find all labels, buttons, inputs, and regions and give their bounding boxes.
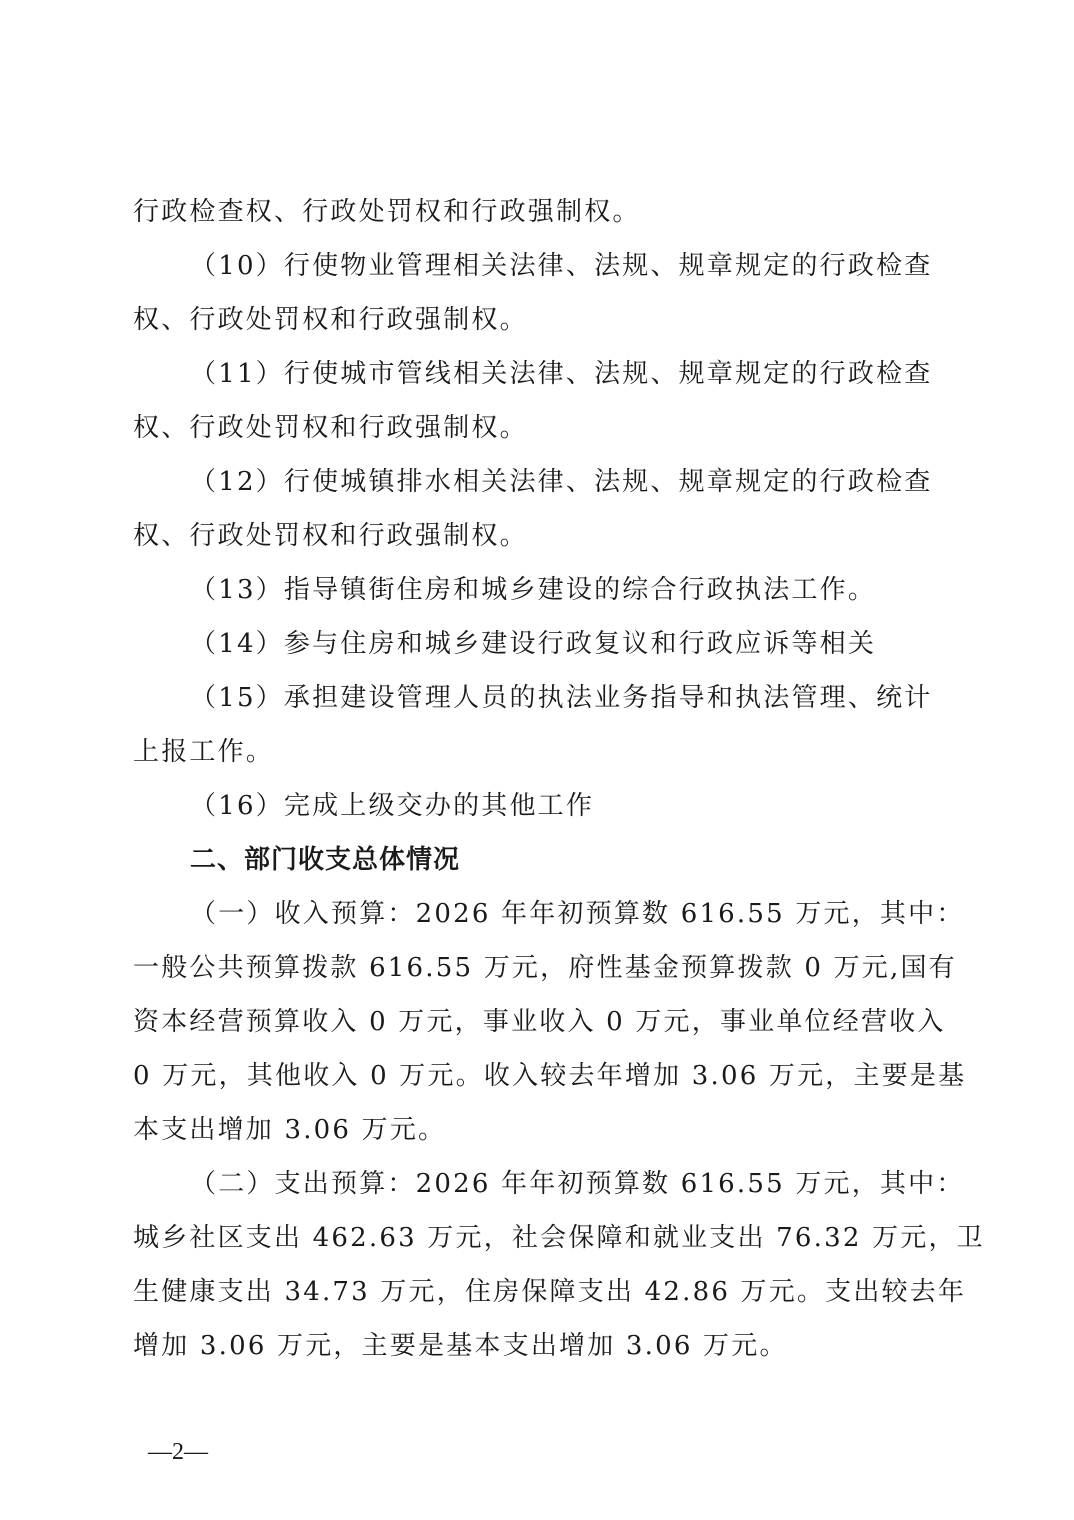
paragraph-line: 生健康支出 34.73 万元，住房保障支出 42.86 万元。支出较去年	[133, 1272, 933, 1312]
list-item-11: （11）行使城市管线相关法律、法规、规章规定的行政检查	[190, 354, 990, 394]
section-heading: 二、部门收支总体情况	[190, 840, 990, 880]
page-number: —2—	[148, 1436, 208, 1468]
list-item-14: （14）参与住房和城乡建设行政复议和行政应诉等相关	[190, 624, 990, 664]
paragraph-line: 城乡社区支出 462.63 万元，社会保障和就业支出 76.32 万元，卫	[133, 1218, 933, 1258]
document-page: 行政检查权、行政处罚权和行政强制权。 （10）行使物业管理相关法律、法规、规章规…	[0, 0, 1074, 1520]
paragraph-line: 权、行政处罚权和行政强制权。	[133, 408, 933, 448]
paragraph-line: 一般公共预算拨款 616.55 万元，府性基金预算拨款 0 万元,国有	[133, 948, 933, 988]
list-item-16: （16）完成上级交办的其他工作	[190, 786, 990, 826]
paragraph-line: 0 万元，其他收入 0 万元。收入较去年增加 3.06 万元，主要是基	[133, 1056, 933, 1096]
income-budget-paragraph: （一）收入预算：2026 年年初预算数 616.55 万元，其中：	[190, 894, 990, 934]
paragraph-line: 权、行政处罚权和行政强制权。	[133, 516, 933, 556]
list-item-10: （10）行使物业管理相关法律、法规、规章规定的行政检查	[190, 246, 990, 286]
paragraph-line: 增加 3.06 万元，主要是基本支出增加 3.06 万元。	[133, 1326, 933, 1366]
expenditure-budget-paragraph: （二）支出预算：2026 年年初预算数 616.55 万元，其中：	[190, 1164, 990, 1204]
paragraph-line: 权、行政处罚权和行政强制权。	[133, 300, 933, 340]
paragraph-line: 行政检查权、行政处罚权和行政强制权。	[133, 192, 933, 232]
paragraph-line: 本支出增加 3.06 万元。	[133, 1110, 933, 1150]
list-item-15: （15）承担建设管理人员的执法业务指导和执法管理、统计	[190, 678, 990, 718]
list-item-12: （12）行使城镇排水相关法律、法规、规章规定的行政检查	[190, 462, 990, 502]
paragraph-line: 上报工作。	[133, 732, 933, 772]
list-item-13: （13）指导镇街住房和城乡建设的综合行政执法工作。	[190, 570, 990, 610]
paragraph-line: 资本经营预算收入 0 万元，事业收入 0 万元，事业单位经营收入	[133, 1002, 933, 1042]
